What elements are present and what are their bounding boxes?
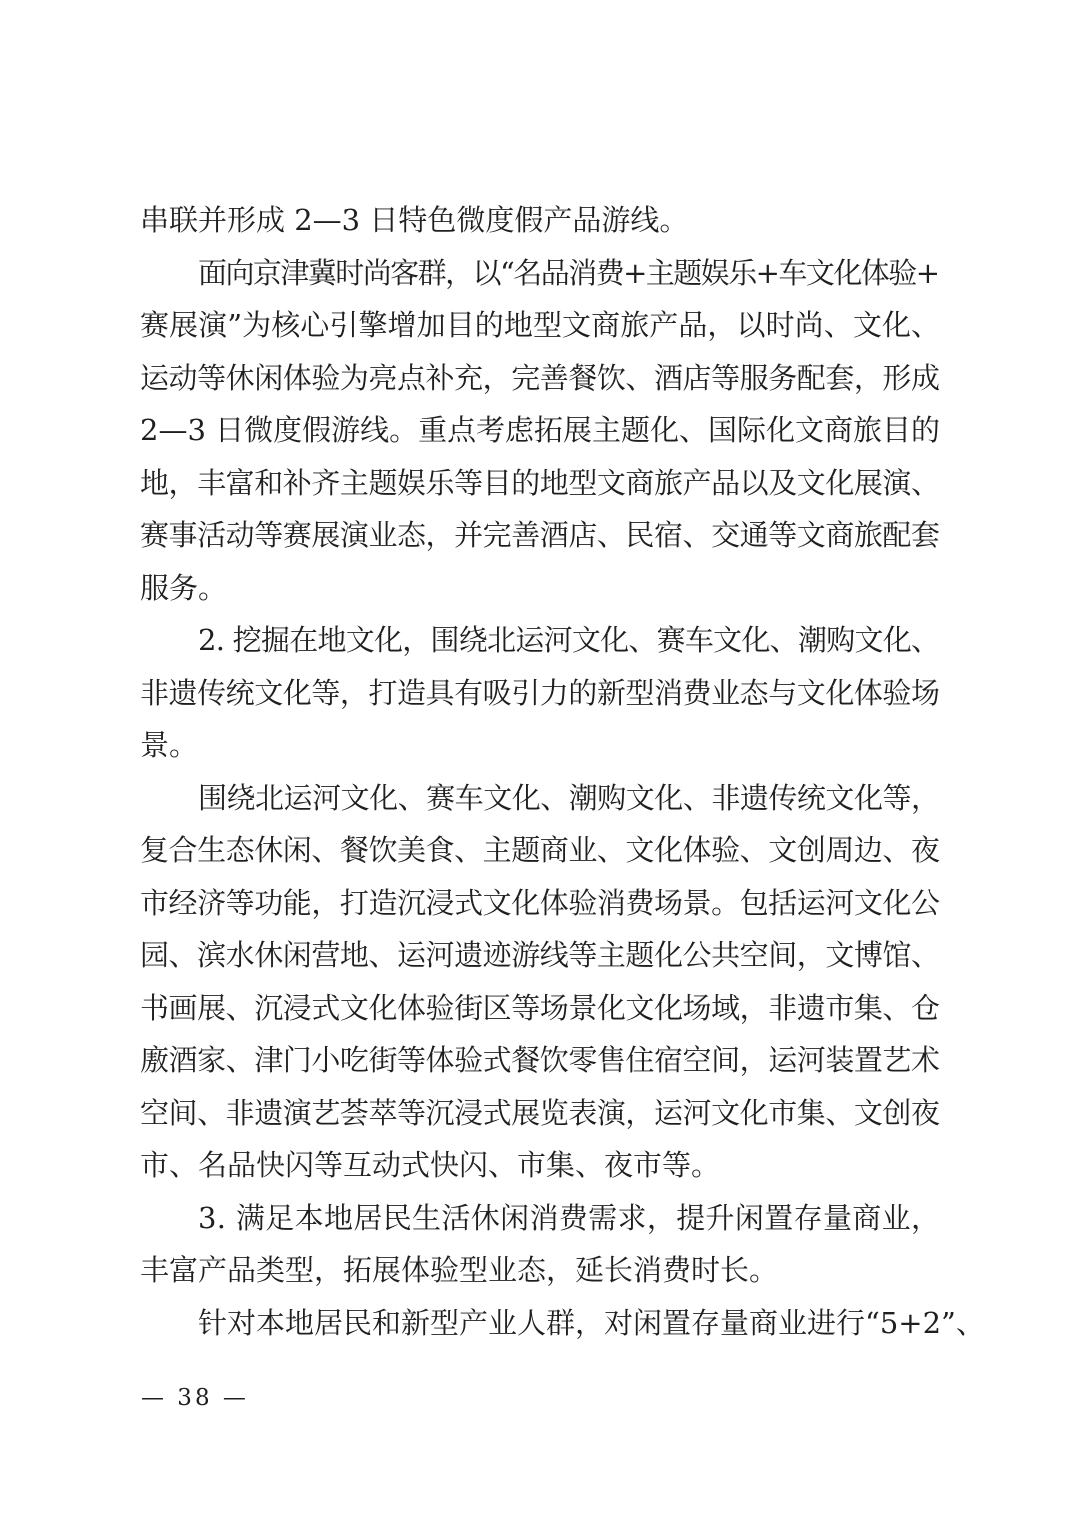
text-line-content: 非遗传统文化等，打造具有吸引力的新型消费业态与文化体验场: [140, 667, 940, 720]
text-line-content: 景。: [140, 719, 198, 772]
page-number: — 38 —: [141, 1383, 249, 1413]
text-line: 市经济等功能，打造沉浸式文化体验消费场景。包括运河文化公: [140, 877, 940, 930]
text-line: 空间、非遗演艺荟萃等沉浸式展览表演，运河文化市集、文创夜: [140, 1087, 940, 1140]
text-line-content: 市、名品快闪等互动式快闪、市集、夜市等。: [140, 1139, 720, 1192]
text-line-content: 2—3 日微度假游线。重点考虑拓展主题化、国际化文商旅目的: [140, 404, 940, 457]
text-line: 园、滨水休闲营地、运河遗迹游线等主题化公共空间，文博馆、: [140, 929, 940, 982]
text-line-content: 书画展、沉浸式文化体验街区等场景化文化场域，非遗市集、仓: [140, 982, 940, 1035]
text-line: 市、名品快闪等互动式快闪、市集、夜市等。: [140, 1139, 940, 1192]
text-line: 针对本地居民和新型产业人群，对闲置存量商业进行“5+2”、: [140, 1297, 940, 1350]
text-line: 非遗传统文化等，打造具有吸引力的新型消费业态与文化体验场: [140, 667, 940, 720]
document-page: 串联并形成 2—3 日特色微度假产品游线。面向京津冀时尚客群，以“名品消费+主题…: [0, 0, 1074, 1520]
text-line: 复合生态休闲、餐饮美食、主题商业、文化体验、文创周边、夜: [140, 824, 940, 877]
text-line-content: 赛事活动等赛展演业态，并完善酒店、民宿、交通等文商旅配套: [140, 509, 940, 562]
text-line: 赛展演”为核心引擎增加目的地型文商旅产品，以时尚、文化、: [140, 299, 940, 352]
text-line-content: 空间、非遗演艺荟萃等沉浸式展览表演，运河文化市集、文创夜: [140, 1087, 940, 1140]
text-line: 景。: [140, 719, 940, 772]
text-line: 书画展、沉浸式文化体验街区等场景化文化场域，非遗市集、仓: [140, 982, 940, 1035]
text-line: 2—3 日微度假游线。重点考虑拓展主题化、国际化文商旅目的: [140, 404, 940, 457]
text-line-content: 园、滨水休闲营地、运河遗迹游线等主题化公共空间，文博馆、: [140, 929, 940, 982]
text-line: 3. 满足本地居民生活休闲消费需求，提升闲置存量商业，: [140, 1192, 940, 1245]
text-line-content: 市经济等功能，打造沉浸式文化体验消费场景。包括运河文化公: [140, 877, 940, 930]
text-line-content: 面向京津冀时尚客群，以“名品消费+主题娱乐+车文化体验+: [198, 247, 938, 300]
body-text-block: 串联并形成 2—3 日特色微度假产品游线。面向京津冀时尚客群，以“名品消费+主题…: [140, 194, 940, 1349]
text-line-content: 廒酒家、津门小吃街等体验式餐饮零售住宿空间，运河装置艺术: [140, 1034, 940, 1087]
text-line-content: 赛展演”为核心引擎增加目的地型文商旅产品，以时尚、文化、: [140, 299, 940, 352]
text-line-content: 围绕北运河文化、赛车文化、潮购文化、非遗传统文化等，: [198, 772, 940, 825]
text-line: 2. 挖掘在地文化，围绕北运河文化、赛车文化、潮购文化、: [140, 614, 940, 667]
text-line-content: 针对本地居民和新型产业人群，对闲置存量商业进行“5+2”、: [198, 1297, 985, 1350]
text-line: 服务。: [140, 562, 940, 615]
text-line-content: 2. 挖掘在地文化，围绕北运河文化、赛车文化、潮购文化、: [198, 614, 939, 667]
text-line-content: 3. 满足本地居民生活休闲消费需求，提升闲置存量商业，: [198, 1192, 940, 1245]
text-line-content: 复合生态休闲、餐饮美食、主题商业、文化体验、文创周边、夜: [140, 824, 940, 877]
text-line-content: 服务。: [140, 562, 227, 615]
text-line-content: 地，丰富和补齐主题娱乐等目的地型文商旅产品以及文化展演、: [140, 457, 940, 510]
text-line: 串联并形成 2—3 日特色微度假产品游线。: [140, 194, 940, 247]
text-line: 运动等休闲体验为亮点补充，完善餐饮、酒店等服务配套，形成: [140, 352, 940, 405]
text-line: 围绕北运河文化、赛车文化、潮购文化、非遗传统文化等，: [140, 772, 940, 825]
text-line: 地，丰富和补齐主题娱乐等目的地型文商旅产品以及文化展演、: [140, 457, 940, 510]
text-line: 丰富产品类型，拓展体验型业态，延长消费时长。: [140, 1244, 940, 1297]
text-line: 面向京津冀时尚客群，以“名品消费+主题娱乐+车文化体验+: [140, 247, 940, 300]
text-line-content: 运动等休闲体验为亮点补充，完善餐饮、酒店等服务配套，形成: [140, 352, 940, 405]
text-line: 廒酒家、津门小吃街等体验式餐饮零售住宿空间，运河装置艺术: [140, 1034, 940, 1087]
text-line-content: 串联并形成 2—3 日特色微度假产品游线。: [140, 194, 688, 247]
text-line-content: 丰富产品类型，拓展体验型业态，延长消费时长。: [140, 1244, 778, 1297]
text-line: 赛事活动等赛展演业态，并完善酒店、民宿、交通等文商旅配套: [140, 509, 940, 562]
